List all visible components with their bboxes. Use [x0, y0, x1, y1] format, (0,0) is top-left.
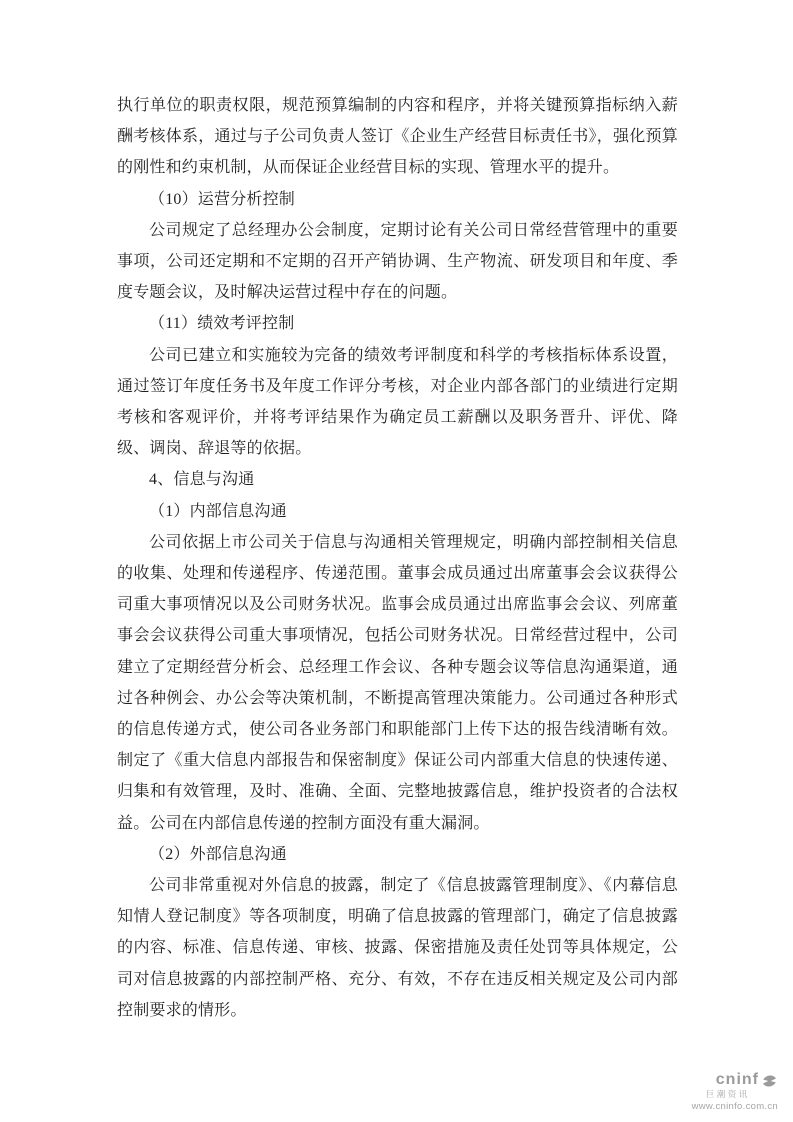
paragraph-budget-control-continuation: 执行单位的职责权限，规范预算编制的内容和程序，并将关键预算指标纳入薪酬考核体系，…: [117, 90, 678, 184]
heading-internal-information: （1）内部信息沟通: [117, 496, 678, 527]
heading-section-11-performance-review: （11）绩效考评控制: [117, 308, 678, 339]
cninfo-brand-row: cninf: [692, 1072, 778, 1088]
paragraph-operational-analysis: 公司规定了总经理办公会制度，定期讨论有关公司日常经营管理中的重要事项，公司还定期…: [117, 215, 678, 309]
document-content: 执行单位的职责权限，规范预算编制的内容和程序，并将关键预算指标纳入薪酬考核体系，…: [117, 90, 678, 1026]
paragraph-performance-review: 公司已建立和实施较为完备的绩效考评制度和科学的考核指标体系设置，通过签订年度任务…: [117, 340, 678, 465]
paragraph-external-information: 公司非常重视对外信息的披露，制定了《信息披露管理制度》、《内幕信息知情人登记制度…: [117, 870, 678, 1026]
cninfo-swirl-icon: [761, 1073, 778, 1089]
cninfo-url: www.cninfo.com.cn: [692, 1102, 778, 1112]
cninfo-watermark: cninf 巨潮资讯 www.cninfo.com.cn: [692, 1072, 778, 1111]
heading-external-information: （2）外部信息沟通: [117, 839, 678, 870]
paragraph-internal-information: 公司依据上市公司关于信息与沟通相关管理规定，明确内部控制相关信息的收集、处理和传…: [117, 527, 678, 839]
heading-section-4-information-communication: 4、信息与沟通: [117, 464, 678, 495]
cninfo-chinese-name: 巨潮资讯: [692, 1090, 778, 1099]
cninfo-brand-text: cninf: [716, 1072, 759, 1088]
heading-section-10-operational-analysis: （10）运营分析控制: [117, 184, 678, 215]
document-page: 执行单位的职责权限，规范预算编制的内容和程序，并将关键预算指标纳入薪酬考核体系，…: [0, 0, 793, 1122]
